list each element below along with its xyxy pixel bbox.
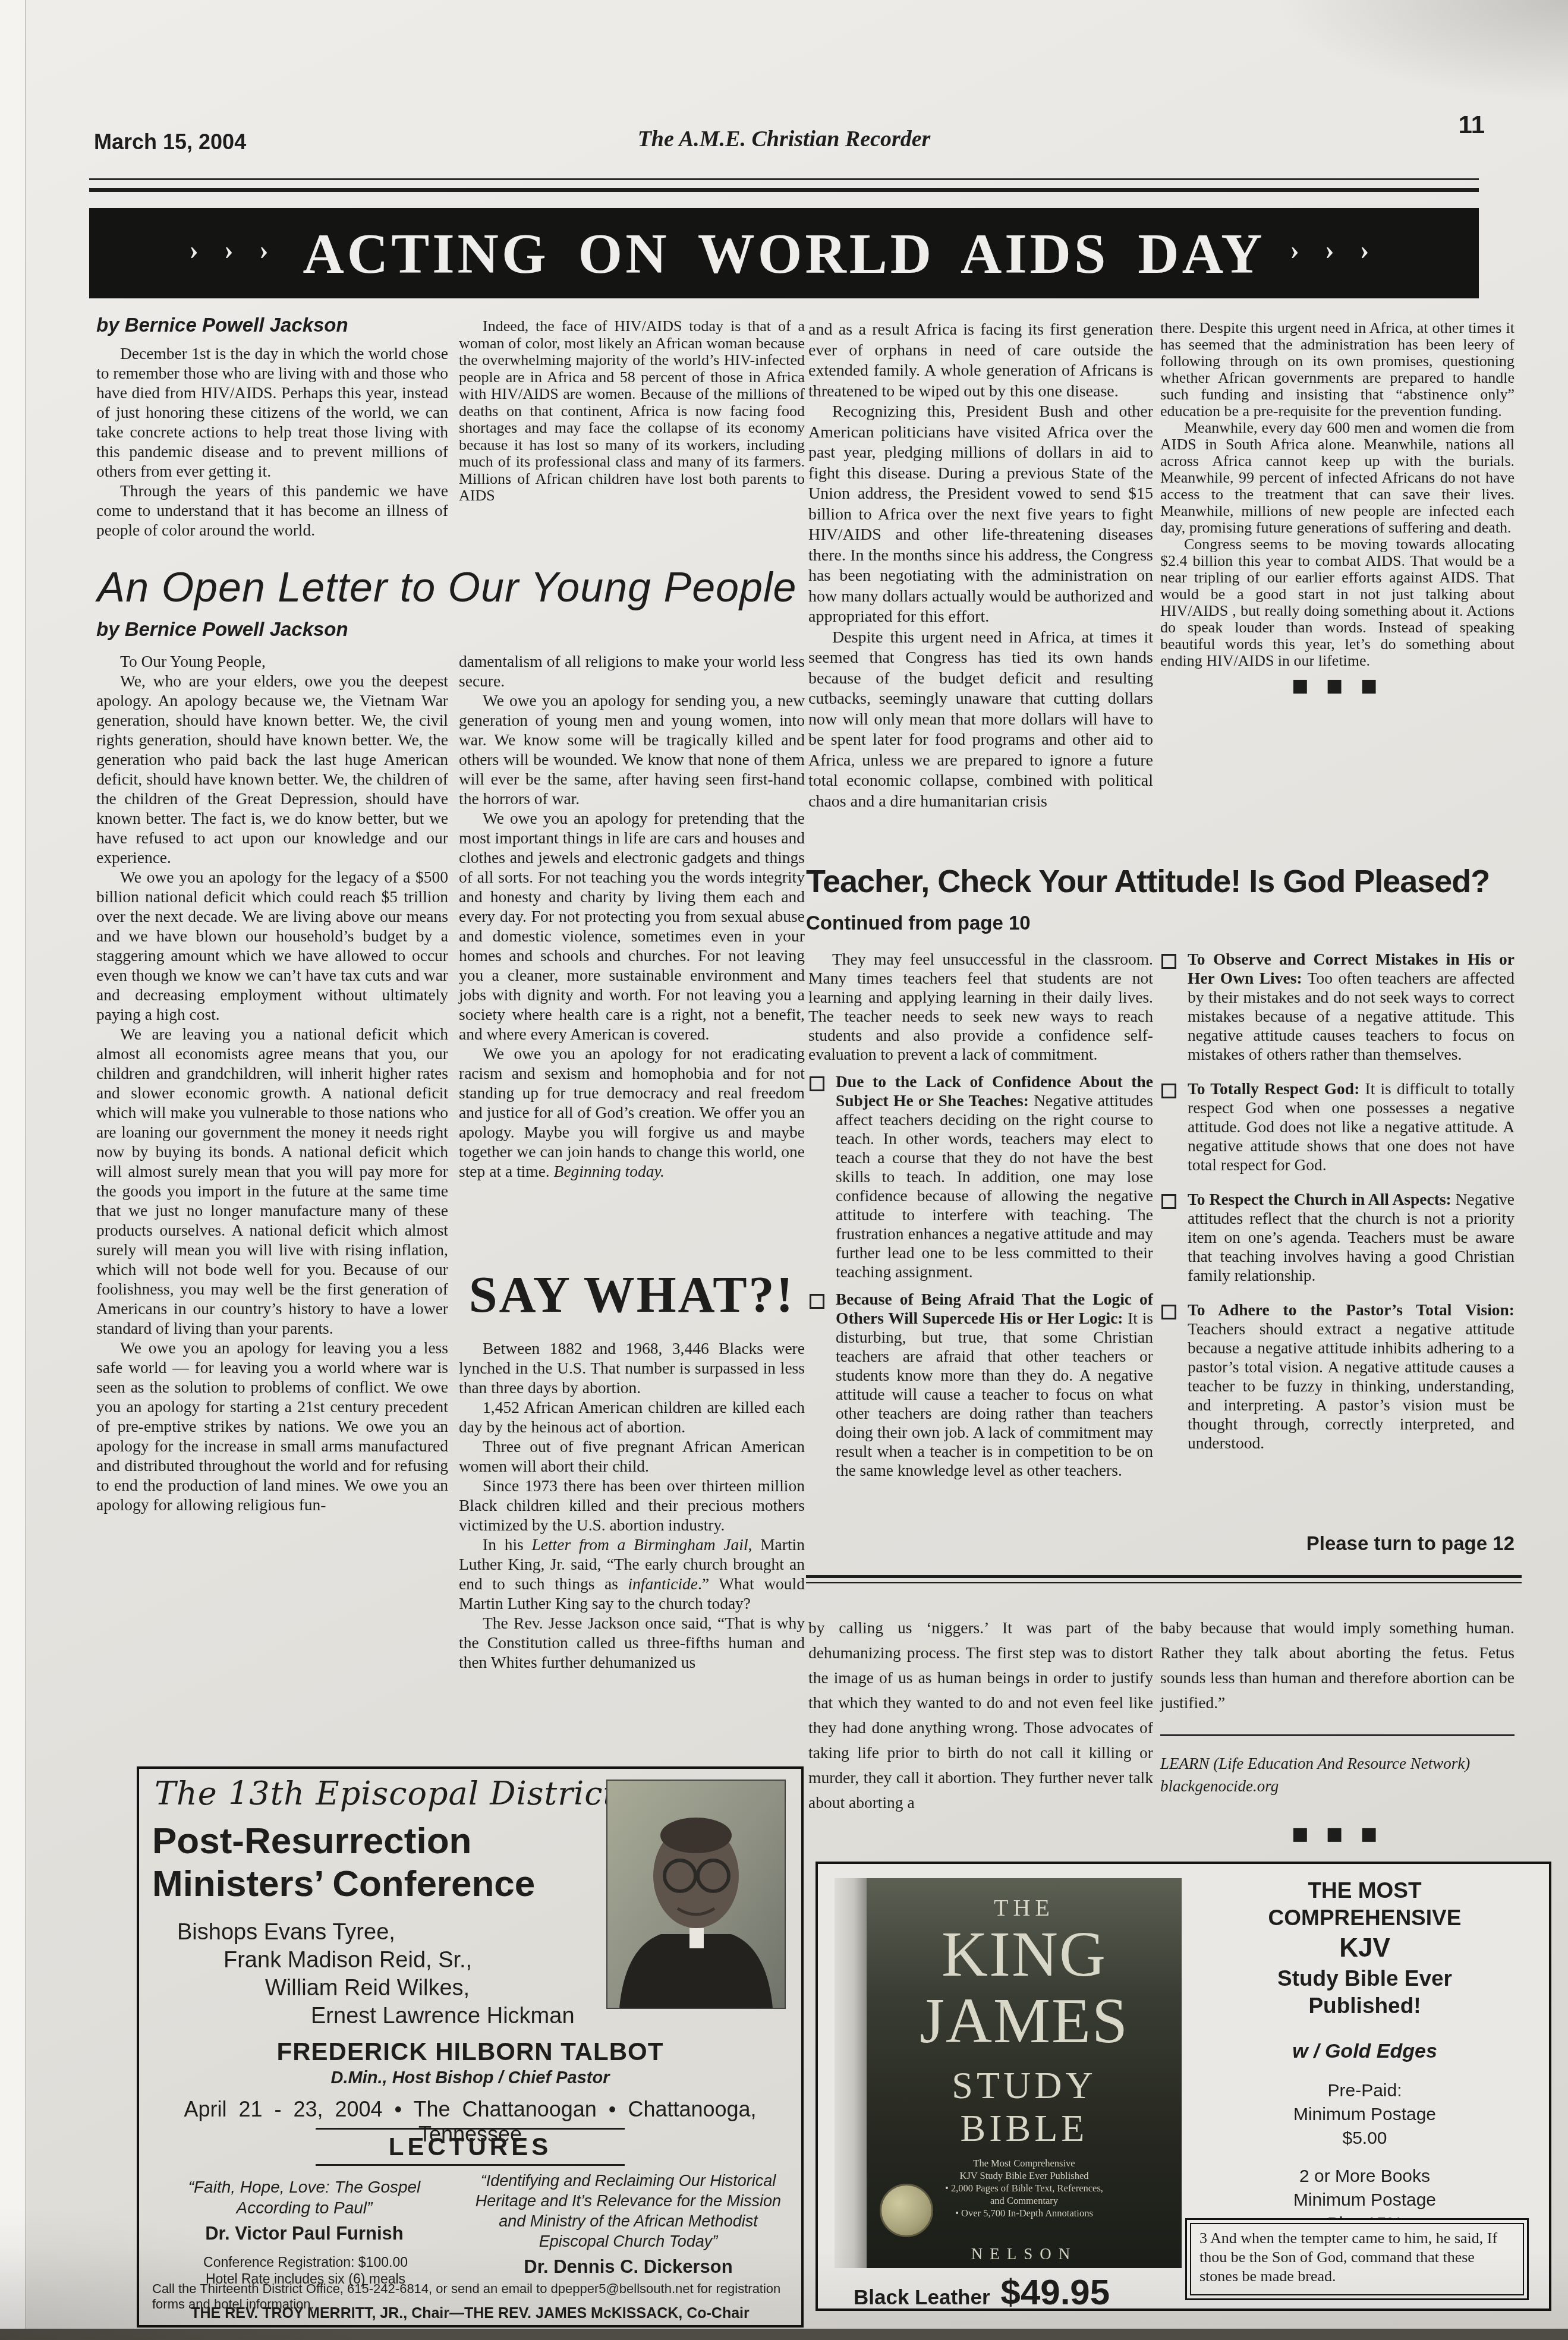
paragraph: Meanwhile, every day 600 men and women d… — [1160, 420, 1515, 536]
banner-acting-on-world-aids-day: › › › ACTING ON WORLD AIDS DAY › › › — [89, 208, 1479, 298]
aids-article-column-3: and as a result Africa is facing its fir… — [808, 320, 1153, 812]
cover-word-james: JAMES — [867, 1988, 1182, 2055]
aids-article-byline: by Bernice Powell Jackson — [96, 314, 348, 336]
checkbox-icon — [1161, 1194, 1176, 1209]
conference-advertisement: The 13th Episcopal District Post-Resurre… — [137, 1766, 804, 2328]
teacher-column-right: To Observe and Correct Mistakes in His o… — [1160, 950, 1515, 1453]
paragraph: Indeed, the face of HIV/AIDS today is th… — [459, 318, 805, 505]
paragraph: baby because that would imply something … — [1160, 1615, 1515, 1715]
price-value: $49.95 — [1001, 2272, 1110, 2312]
binding-label: Black Leather — [854, 2286, 990, 2309]
page-number: 11 — [1459, 111, 1485, 139]
lectures-label: LECTURES — [316, 2128, 625, 2166]
paragraph: Through the years of this pandemic we ha… — [96, 481, 448, 540]
checkbox-icon — [1161, 1084, 1176, 1098]
paragraph: We owe you an apology for pretending tha… — [459, 808, 805, 1044]
salutation: To Our Young People, — [96, 651, 448, 671]
scan-edge-bottom — [0, 2329, 1568, 2340]
checklist-item: Due to the Lack of Confidence About the … — [808, 1072, 1153, 1281]
checklist-text: To Totally Respect God: It is difficult … — [1188, 1079, 1515, 1174]
conference-chairs: THE REV. TROY MERRITT, JR., Chair—THE RE… — [139, 2305, 801, 2322]
text-segment-italic: Letter from a Birmingham Jail — [531, 1535, 748, 1554]
bible-ad-right-text: THE MOST COMPREHENSIVE KJV Study Bible E… — [1192, 1877, 1537, 2020]
open-letter-byline: by Bernice Powell Jackson — [96, 618, 348, 641]
conference-title-line2: Ministers’ Conference — [152, 1863, 535, 1905]
lecture-1: “Faith, Hope, Love: The Gospel According… — [151, 2177, 458, 2244]
banner-title: ACTING ON WORLD AIDS DAY — [303, 221, 1265, 286]
cover-small-line: KJV Study Bible Ever Published — [867, 2169, 1182, 2182]
paragraph: We are leaving you a national deficit wh… — [96, 1024, 448, 1338]
bible-book-image: THE KING JAMES STUDY BIBLE The Most Comp… — [835, 1878, 1182, 2268]
host-bishop-title: D.Min., Host Bishop / Chief Pastor — [139, 2068, 801, 2088]
paragraph: by calling us ‘niggers.’ It was part of … — [808, 1615, 1153, 1815]
paragraph: December 1st is the day in which the wor… — [96, 344, 448, 481]
paragraph: We owe you an apology for sending you, a… — [459, 691, 805, 808]
prepaid-postage-block: Pre-Paid: Minimum Postage $5.00 — [1192, 2079, 1537, 2150]
checklist-text: To Adhere to the Pastor’s Total Vision: … — [1188, 1300, 1515, 1453]
gold-edges-note: w / Gold Edges — [1192, 2040, 1537, 2063]
ad-line: Study Bible Ever — [1192, 1965, 1537, 1992]
ad-line: KJV — [1192, 1932, 1537, 1965]
checklist-text: Due to the Lack of Confidence About the … — [836, 1072, 1153, 1281]
say-what-body: Between 1882 and 1968, 3,446 Blacks were… — [459, 1339, 805, 1672]
newspaper-page: March 15, 2004 The A.M.E. Christian Reco… — [0, 0, 1568, 2340]
bible-advertisement: THE KING JAMES STUDY BIBLE The Most Comp… — [816, 1862, 1551, 2311]
postage-line: 2 or More Books — [1192, 2165, 1537, 2188]
learn-credit: LEARN (Life Education And Resource Netwo… — [1160, 1752, 1515, 1797]
text-segment: We owe you an apology for not eradicatin… — [459, 1044, 805, 1180]
checklist-body: Teachers should extract a negative attit… — [1188, 1319, 1515, 1452]
credit-rule — [1160, 1734, 1515, 1736]
continuation-column-right: baby because that would imply something … — [1160, 1615, 1515, 1715]
checklist-title: To Totally Respect God: — [1188, 1079, 1359, 1098]
ad-line: THE MOST — [1192, 1877, 1537, 1904]
postage-line: Pre-Paid: — [1192, 2079, 1537, 2103]
paragraph: We owe you an apology for leaving you a … — [96, 1338, 448, 1514]
teacher-headline: Teacher, Check Your Attitude! Is God Ple… — [806, 863, 1525, 900]
text-segment: In his — [483, 1535, 531, 1554]
lecture-speaker: Dr. Dennis C. Dickerson — [470, 2256, 787, 2278]
paragraph: In his Letter from a Birmingham Jail, Ma… — [459, 1535, 805, 1613]
checklist-text: To Observe and Correct Mistakes in His o… — [1188, 950, 1515, 1064]
header-rule-thick — [89, 188, 1479, 192]
aids-article-column-2: Indeed, the face of HIV/AIDS today is th… — [459, 318, 805, 505]
scripture-verse-box: 3 And when the tempter came to him, he s… — [1185, 2218, 1529, 2300]
lecture-title: “Identifying and Reclaiming Our Historic… — [470, 2171, 787, 2251]
teacher-column-left: They may feel unsuccessful in the classr… — [808, 950, 1153, 1480]
seal-badge-icon — [880, 2184, 933, 2237]
postage-line: $5.00 — [1192, 2127, 1537, 2150]
publication-title: The A.M.E. Christian Recorder — [0, 126, 1568, 152]
paragraph: Three out of five pregnant African Ameri… — [459, 1437, 805, 1476]
header-rule-thin — [89, 178, 1479, 180]
open-letter-column-1: To Our Young People, We, who are your el… — [96, 651, 448, 1514]
conference-bishops-list: Bishops Evans Tyree, Frank Madison Reid,… — [177, 1919, 575, 2030]
checklist-body: It is disturbing, but true, that some Ch… — [836, 1309, 1153, 1479]
continuation-column-left: by calling us ‘niggers.’ It was part of … — [808, 1615, 1153, 1815]
paragraph: Recognizing this, President Bush and oth… — [808, 402, 1153, 628]
continued-from-note: Continued from page 10 — [806, 912, 1031, 934]
checklist-item: To Observe and Correct Mistakes in His o… — [1160, 950, 1515, 1064]
bishop-name: Ernest Lawrence Hickman — [311, 2002, 575, 2030]
conference-district-script: The 13th Episcopal District — [155, 1775, 616, 1812]
book-cover: THE KING JAMES STUDY BIBLE The Most Comp… — [867, 1878, 1182, 2268]
ad-line: Published! — [1192, 1992, 1537, 2020]
paragraph: We, who are your elders, owe you the dee… — [96, 671, 448, 867]
banner-arrows-right-icon: › › › — [1290, 234, 1378, 266]
scan-edge-left — [0, 0, 26, 2340]
paragraph: Despite this urgent need in Africa, at t… — [808, 628, 1153, 812]
paragraph: and as a result Africa is facing its fir… — [808, 320, 1153, 402]
portrait-photo — [606, 1780, 786, 2009]
checklist-item: To Adhere to the Pastor’s Total Vision: … — [1160, 1300, 1515, 1453]
paragraph: there. Despite this urgent need in Afric… — [1160, 320, 1515, 420]
host-bishop-name: FREDERICK HILBORN TALBOT — [139, 2037, 801, 2066]
ad-line: COMPREHENSIVE — [1192, 1904, 1537, 1932]
lecture-title: “Faith, Hope, Love: The Gospel According… — [151, 2177, 458, 2218]
cover-small-line: The Most Comprehensive — [867, 2157, 1182, 2169]
text-segment-italic: infanticide — [628, 1574, 698, 1593]
end-mark: ■ ■ ■ — [1160, 678, 1515, 694]
please-turn-note: Please turn to page 12 — [1160, 1532, 1515, 1555]
paragraph: The Rev. Jesse Jackson once said, “That … — [459, 1613, 805, 1672]
bishop-name: Frank Madison Reid, Sr., — [223, 1947, 575, 1974]
paragraph: We owe you an apology for not eradicatin… — [459, 1044, 805, 1181]
bishop-name: Bishops Evans Tyree, — [177, 1919, 575, 1947]
checklist-title: Because of Being Afraid That the Logic o… — [836, 1290, 1153, 1327]
say-what-headline: SAY WHAT?! — [459, 1265, 805, 1324]
checkbox-icon — [810, 1294, 824, 1309]
aids-article-column-1: December 1st is the day in which the wor… — [96, 344, 448, 540]
checklist-item: To Totally Respect God: It is difficult … — [1160, 1079, 1515, 1174]
publisher-brand: NELSON — [867, 2245, 1182, 2263]
section-divider-rule — [806, 1575, 1522, 1583]
paragraph: We owe you an apology for the legacy of … — [96, 867, 448, 1024]
cover-word-study: STUDY — [867, 2064, 1182, 2107]
checkbox-icon — [1161, 954, 1176, 969]
checklist-body: Negative attitudes affect teachers decid… — [836, 1091, 1153, 1281]
checklist-text: To Respect the Church in All Aspects: Ne… — [1188, 1190, 1515, 1285]
postage-line: Minimum Postage — [1192, 2188, 1537, 2212]
end-mark: ■ ■ ■ — [1160, 1824, 1515, 1844]
lecture-speaker: Dr. Victor Paul Furnish — [151, 2223, 458, 2244]
book-pages-edge — [835, 1878, 867, 2268]
price-line: Black Leather$49.95 — [854, 2272, 1110, 2313]
registration-fee: Conference Registration: $100.00 — [163, 2254, 448, 2270]
paragraph: damentalism of all religions to make you… — [459, 651, 805, 691]
paragraph: Between 1882 and 1968, 3,446 Blacks were… — [459, 1339, 805, 1397]
checklist-text: Because of Being Afraid That the Logic o… — [836, 1290, 1153, 1480]
paragraph: Congress seems to be moving towards allo… — [1160, 536, 1515, 669]
aids-article-column-4: there. Despite this urgent need in Afric… — [1160, 320, 1515, 694]
postage-line: Minimum Postage — [1192, 2103, 1537, 2127]
checklist-title: To Respect the Church in All Aspects: — [1188, 1190, 1451, 1208]
paragraph: They may feel unsuccessful in the classr… — [808, 950, 1153, 1064]
checklist-title: To Adhere to the Pastor’s Total Vision: — [1188, 1300, 1515, 1319]
paragraph: 1,452 African American children are kill… — [459, 1397, 805, 1437]
checklist-item: Because of Being Afraid That the Logic o… — [808, 1290, 1153, 1480]
lecture-2: “Identifying and Reclaiming Our Historic… — [470, 2171, 787, 2278]
bishop-name: William Reid Wilkes, — [265, 1974, 575, 2002]
conference-title-line1: Post-Resurrection — [152, 1820, 471, 1862]
scripture-verse-text: 3 And when the tempter came to him, he s… — [1190, 2223, 1524, 2295]
checkbox-icon — [810, 1076, 824, 1091]
checkbox-icon — [1161, 1305, 1176, 1319]
cover-word-the: THE — [867, 1894, 1182, 1922]
paragraph: Since 1973 there has been over thirteen … — [459, 1476, 805, 1535]
cover-word-king: KING — [867, 1922, 1182, 1988]
text-segment-italic: Beginning today. — [554, 1162, 665, 1180]
cover-word-bible: BIBLE — [867, 2107, 1182, 2150]
checklist-item: To Respect the Church in All Aspects: Ne… — [1160, 1190, 1515, 1285]
open-letter-headline: An Open Letter to Our Young People — [89, 563, 805, 611]
open-letter-column-2: damentalism of all religions to make you… — [459, 651, 805, 1181]
banner-arrows-left-icon: › › › — [190, 234, 278, 266]
